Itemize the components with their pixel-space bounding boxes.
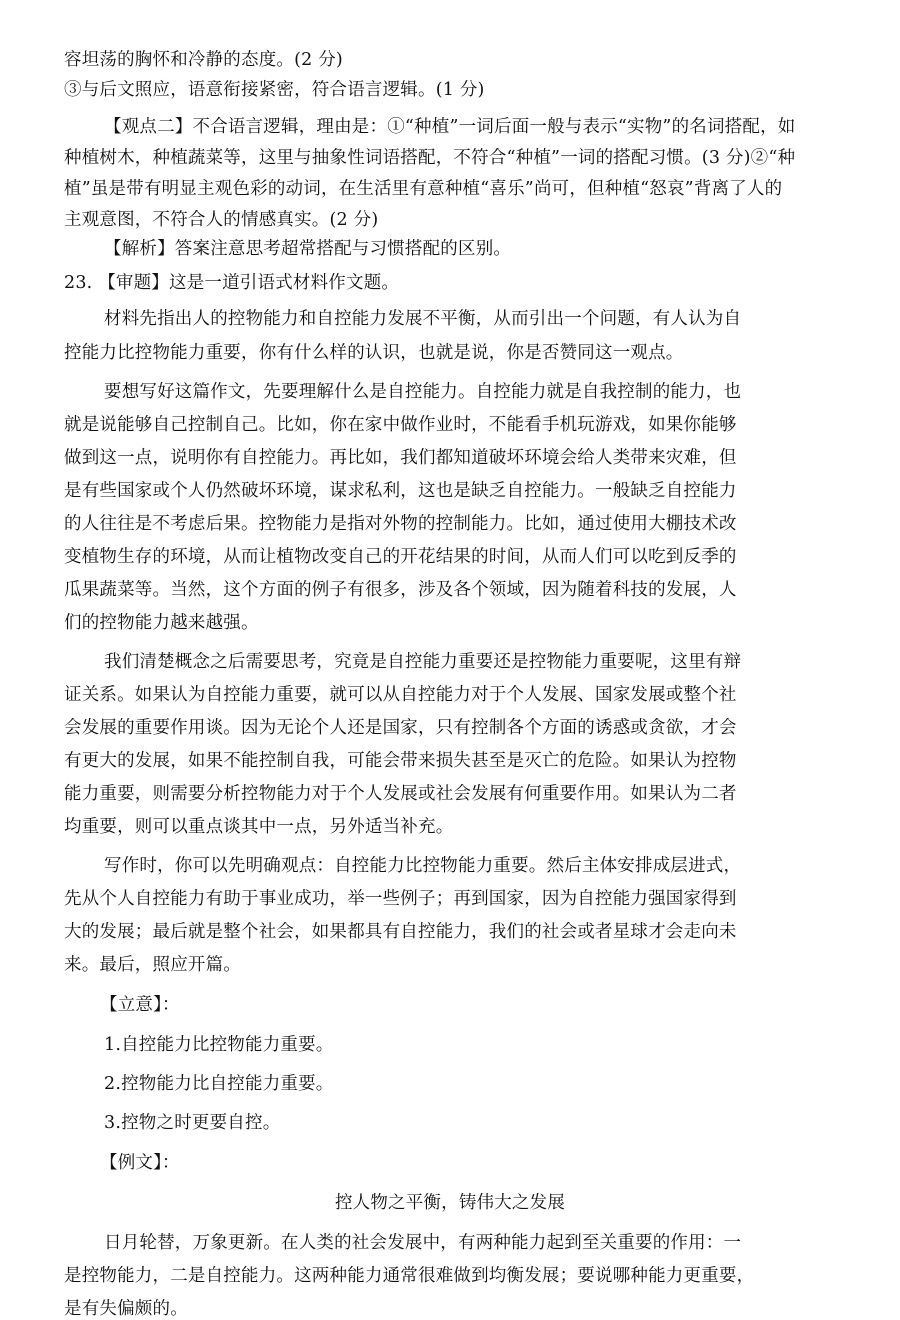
dialectic-paragraph: 均重要，则可以重点谈其中一点，另外适当补充。 xyxy=(64,816,836,838)
self-control-paragraph: 做到这一点，说明你有自控能力。再比如，我们都知道破坏环境会给人类带来灾难，但 xyxy=(64,447,836,469)
theme-item: 1.自控能力比控物能力重要。 xyxy=(104,1034,876,1056)
viewpoint2-line: 种植树木，种植蔬菜等，这里与抽象性词语搭配，不符合“种植”一词的搭配习惯。(3 … xyxy=(64,147,836,169)
writing-advice-paragraph: 大的发展；最后就是整个社会，如果都具有自控能力，我们的社会或者星球才会走向未 xyxy=(64,921,836,943)
document-page: 容坦荡的胸怀和冷静的态度。(2 分) ③与后文照应，语意衔接紧密，符合语言逻辑。… xyxy=(0,0,900,1320)
viewpoint2-line: 主观意图，不符合人的情感真实。(2 分) xyxy=(64,209,836,231)
dialectic-paragraph: 证关系。如果认为自控能力重要，就可以从自控能力对于个人发展、国家发展或整个社 xyxy=(64,684,836,706)
essay-paragraph: 是有失偏颇的。 xyxy=(64,1298,836,1320)
self-control-paragraph: 就是说能够自己控制自己。比如，你在家中做作业时，不能看手机玩游戏，如果你能够 xyxy=(64,414,836,436)
analysis-note: 【解析】答案注意思考超常搭配与习惯搭配的区别。 xyxy=(104,238,876,260)
dialectic-paragraph: 会发展的重要作用谈。因为无论个人还是国家，只有控制各个方面的诱惑或贪欲，才会 xyxy=(64,717,836,739)
material-paragraph: 控能力比控物能力重要，你有什么样的认识，也就是说，你是否赞同这一观点。 xyxy=(64,342,836,364)
self-control-paragraph: 的人往往是不考虑后果。控物能力是指对外物的控制能力。比如，通过使用大棚技术改 xyxy=(64,513,836,535)
self-control-paragraph: 是有些国家或个人仍然破坏环境，谋求私利，这也是缺乏自控能力。一般缺乏自控能力 xyxy=(64,480,836,502)
dialectic-paragraph: 有更大的发展，如果不能控制自我，可能会带来损失甚至是灭亡的危险。如果认为控物 xyxy=(64,750,836,772)
writing-advice-paragraph: 先从个人自控能力有助于事业成功，举一些例子；再到国家，因为自控能力强国家得到 xyxy=(64,888,836,910)
writing-advice-paragraph: 写作时，你可以先明确观点：自控能力比控物能力重要。然后主体安排成层进式， xyxy=(104,855,876,877)
material-paragraph: 材料先指出人的控物能力和自控能力发展不平衡，从而引出一个问题，有人认为自 xyxy=(104,308,876,330)
essay-paragraph: 日月轮替，万象更新。在人类的社会发展中，有两种能力起到至关重要的作用：一 xyxy=(104,1232,876,1254)
theme-item: 2.控物能力比自控能力重要。 xyxy=(104,1073,876,1095)
question-23-heading: 23. 【审题】这是一道引语式材料作文题。 xyxy=(64,272,836,294)
theme-heading: 【立意】： xyxy=(100,994,872,1016)
answer-continuation-line: 容坦荡的胸怀和冷静的态度。(2 分) xyxy=(64,49,836,71)
dialectic-paragraph: 能力重要，则需要分析控物能力对于个人发展或社会发展有何重要作用。如果认为二者 xyxy=(64,783,836,805)
viewpoint2-line: 植”虽是带有明显主观色彩的动词，在生活里有意种植“喜乐”尚可，但种植“怒哀”背离… xyxy=(64,178,836,200)
self-control-paragraph: 要想写好这篇作文，先要理解什么是自控能力。自控能力就是自我控制的能力，也 xyxy=(104,381,876,403)
self-control-paragraph: 瓜果蔬菜等。当然，这个方面的例子有很多，涉及各个领域，因为随着科技的发展，人 xyxy=(64,579,836,601)
essay-title: 控人物之平衡，铸伟大之发展 xyxy=(0,1192,900,1214)
self-control-paragraph: 变植物生存的环境，从而让植物改变自己的开花结果的时间，从而人们可以吃到反季的 xyxy=(64,546,836,568)
self-control-paragraph: 们的控物能力越来越强。 xyxy=(64,612,836,634)
dialectic-paragraph: 我们清楚概念之后需要思考，究竟是自控能力重要还是控物能力重要呢，这里有辩 xyxy=(104,651,876,673)
theme-item: 3.控物之时更要自控。 xyxy=(104,1112,876,1134)
example-heading: 【例文】： xyxy=(100,1152,872,1174)
essay-paragraph: 是控物能力，二是自控能力。这两种能力通常很难做到均衡发展；要说哪种能力更重要， xyxy=(64,1265,836,1287)
writing-advice-paragraph: 来。最后，照应开篇。 xyxy=(64,954,836,976)
viewpoint2-line: 【观点二】不合语言逻辑，理由是：①“种植”一词后面一般与表示“实物”的名词搭配，… xyxy=(104,116,836,138)
answer-point-3: ③与后文照应，语意衔接紧密，符合语言逻辑。(1 分) xyxy=(64,79,836,101)
